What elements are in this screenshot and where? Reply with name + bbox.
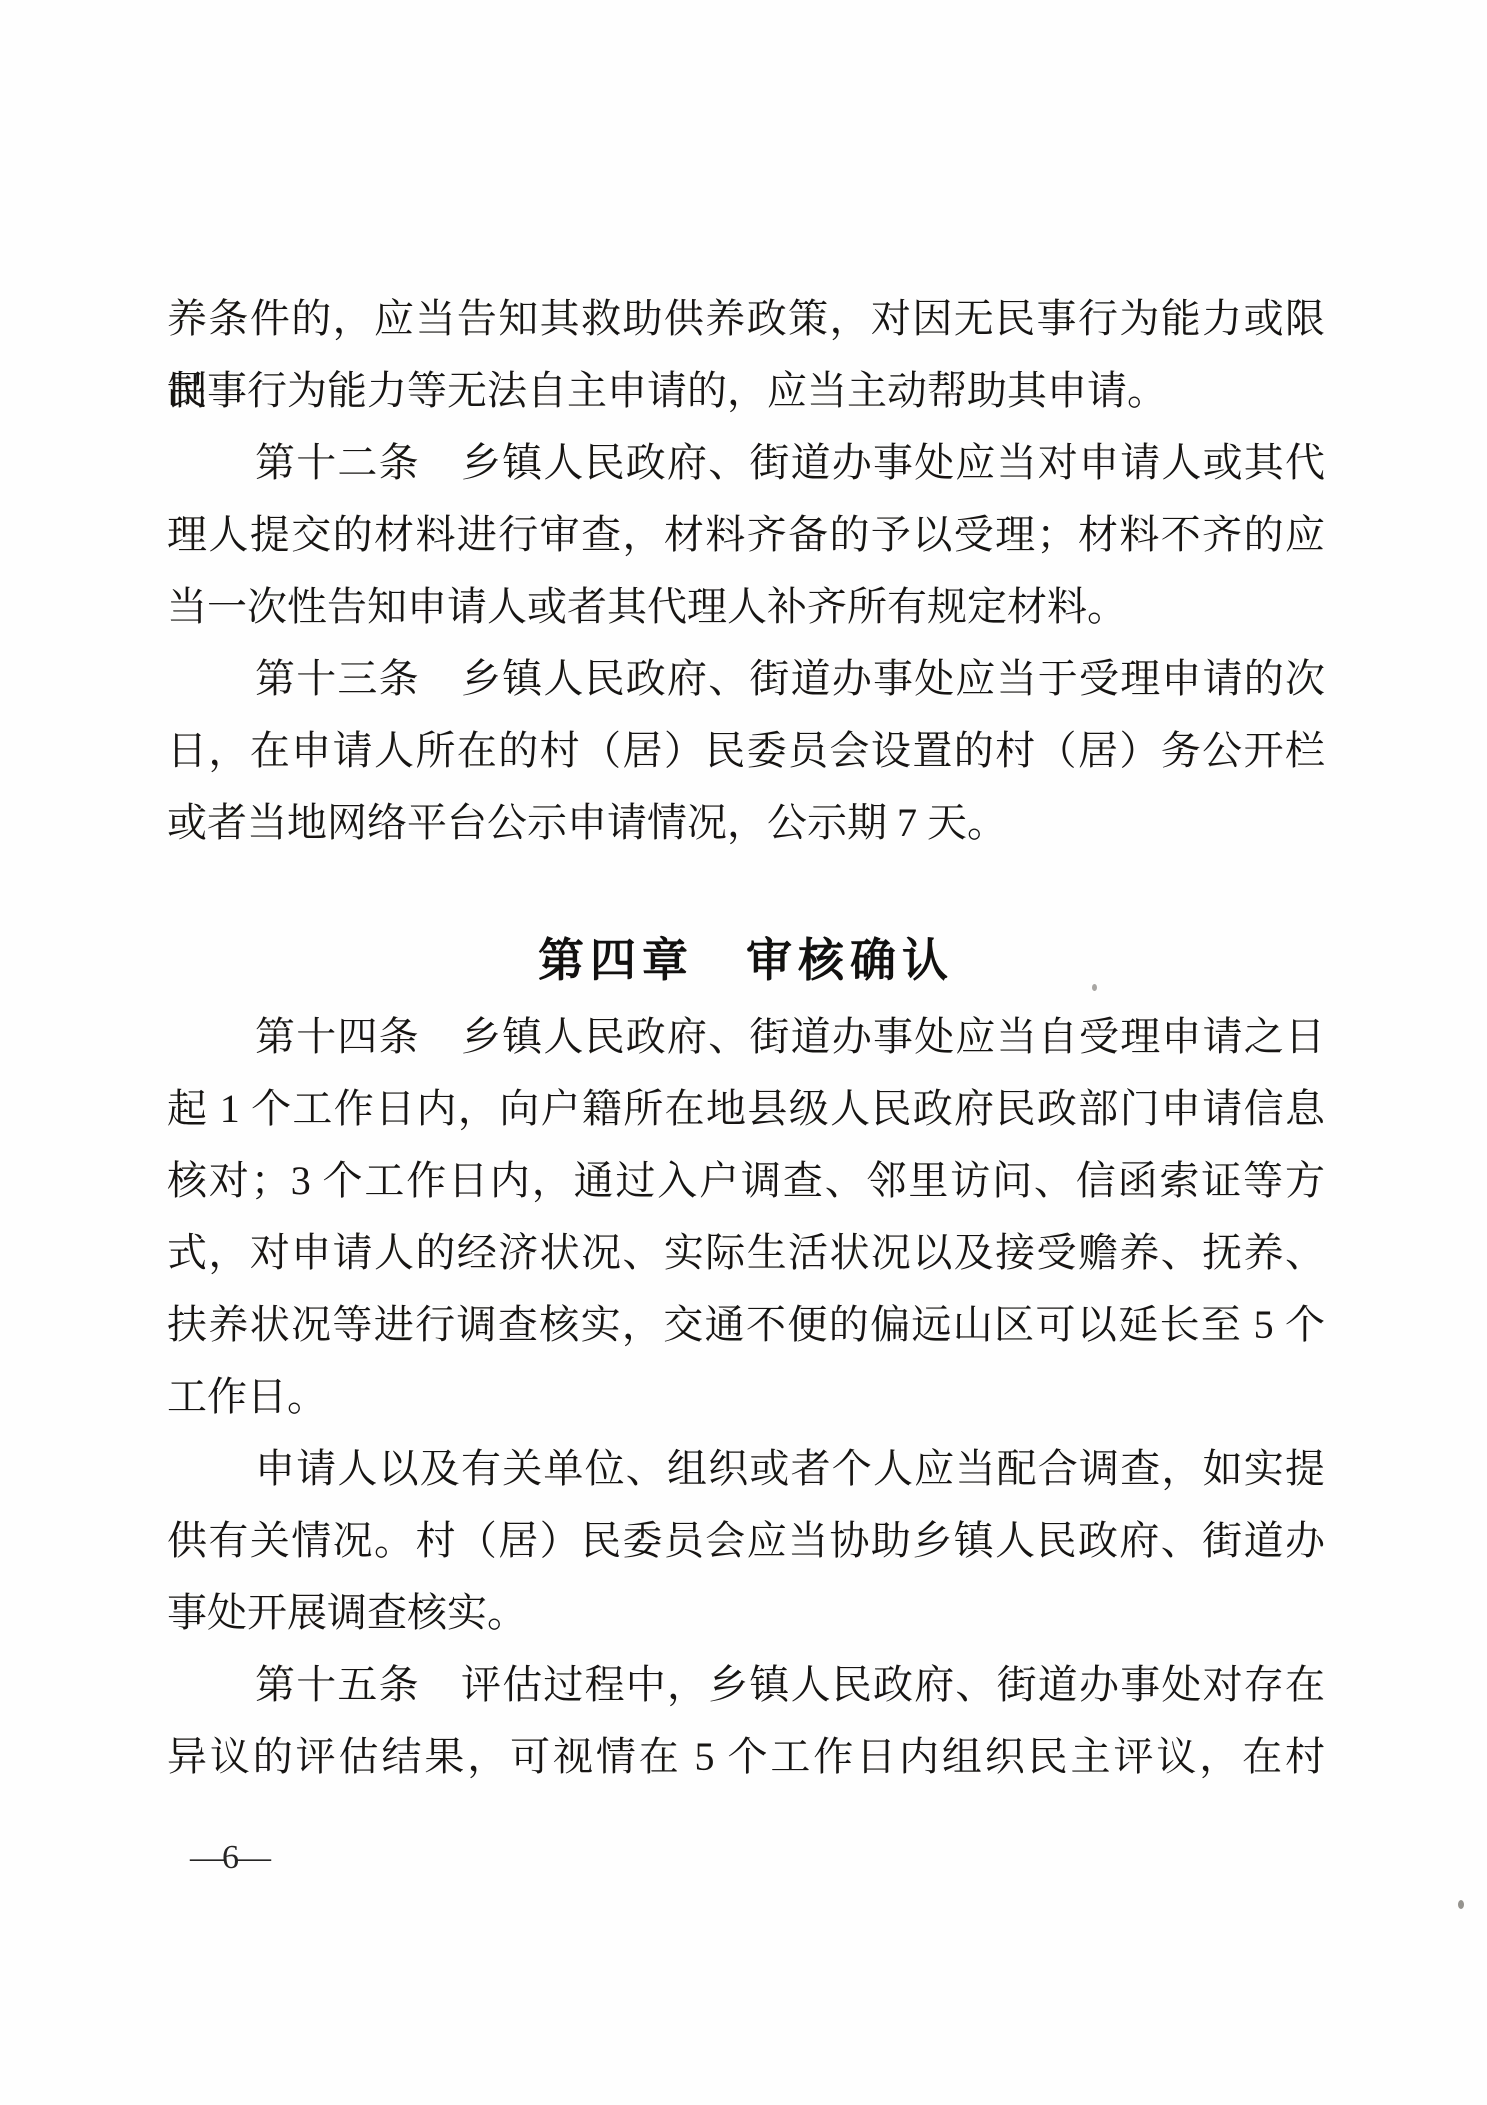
text-line: 民事行为能力等无法自主申请的，应当主动帮助其申请。 (167, 355, 1325, 427)
text-line: 理人提交的材料进行审查，材料齐备的予以受理；材料不齐的应 (167, 499, 1325, 571)
scan-artifact (1092, 984, 1097, 991)
text-line: 第十三条 乡镇人民政府、街道办事处应当于受理申请的次 (167, 643, 1325, 715)
text-line: 核对；3 个工作日内，通过入户调查、邻里访问、信函索证等方 (167, 1145, 1325, 1217)
text-line: 工作日。 (167, 1361, 1325, 1433)
text-line: 申请人以及有关单位、组织或者个人应当配合调查，如实提 (167, 1433, 1325, 1505)
text-line: 异议的评估结果，可视情在 5 个工作日内组织民主评议，在村 (167, 1721, 1325, 1793)
text-line: 起 1 个工作日内，向户籍所在地县级人民政府民政部门申请信息 (167, 1073, 1325, 1145)
chapter-heading: 第四章 审核确认 (167, 859, 1325, 1001)
document-page: 养条件的，应当告知其救助供养政策，对因无民事行为能力或限制 民事行为能力等无法自… (0, 0, 1487, 2105)
text-line: 当一次性告知申请人或者其代理人补齐所有规定材料。 (167, 571, 1325, 643)
page-number: —6— (190, 1840, 269, 1876)
text-line: 扶养状况等进行调查核实，交通不便的偏远山区可以延长至 5 个 (167, 1289, 1325, 1361)
text-line: 第十五条 评估过程中，乡镇人民政府、街道办事处对存在 (167, 1649, 1325, 1721)
text-line: 式，对申请人的经济状况、实际生活状况以及接受赡养、抚养、 (167, 1217, 1325, 1289)
text-line: 养条件的，应当告知其救助供养政策，对因无民事行为能力或限制 (167, 283, 1325, 355)
text-line: 第十二条 乡镇人民政府、街道办事处应当对申请人或其代 (167, 427, 1325, 499)
text-line: 日，在申请人所在的村（居）民委员会设置的村（居）务公开栏 (167, 715, 1325, 787)
text-line: 供有关情况。村（居）民委员会应当协助乡镇人民政府、街道办 (167, 1505, 1325, 1577)
text-line: 第十四条 乡镇人民政府、街道办事处应当自受理申请之日 (167, 1001, 1325, 1073)
scan-artifact (1458, 1900, 1464, 1909)
document-body: 养条件的，应当告知其救助供养政策，对因无民事行为能力或限制 民事行为能力等无法自… (167, 283, 1325, 1793)
text-line: 事处开展调查核实。 (167, 1577, 1325, 1649)
text-line: 或者当地网络平台公示申请情况，公示期 7 天。 (167, 787, 1325, 859)
